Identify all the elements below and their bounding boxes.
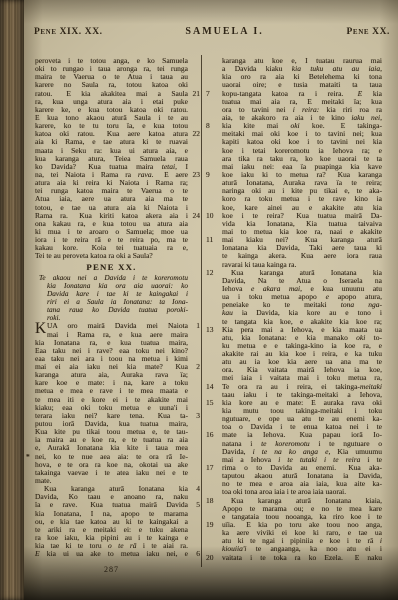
verse-number: 13 xyxy=(206,326,214,334)
verse-number: 2 xyxy=(196,363,200,371)
running-head-left: Pene XIX. XX. xyxy=(34,27,103,37)
book-page: Pene XIX. XX. SAMUELA I. Pene XX. perove… xyxy=(24,0,398,600)
verse-number: 12 xyxy=(206,269,214,277)
verse-number: 4 xyxy=(196,485,200,493)
text-column-left: peroveta i te totou anga, e ko Samuelaok… xyxy=(35,57,188,558)
text-line: takainga vaevae i te atea iaku nei e te xyxy=(35,469,188,477)
text-line: Tei te au peroveta katoa ra oki a Saula? xyxy=(35,252,188,260)
verse-number: 24 xyxy=(193,212,201,220)
verse-number: 5 xyxy=(196,501,200,509)
text-line: E kia ui ua ake to metua iaku nei, e6 xyxy=(35,550,188,558)
verse-number: 18 xyxy=(206,497,214,505)
verse-number: 14 xyxy=(206,383,214,391)
verse-number: 10 xyxy=(206,212,214,220)
verse-number: 23 xyxy=(193,171,201,179)
verse-number: 21 xyxy=(193,90,201,98)
running-head-center: SAMUELA I. xyxy=(185,26,263,37)
book-photo: Pene XIX. XX. SAMUELA I. Pene XX. perove… xyxy=(0,0,398,600)
page-number: 287 xyxy=(35,565,188,574)
verse-number: 15 xyxy=(206,399,214,407)
running-head-right: Pene XX. xyxy=(347,27,390,37)
footnote-marker: * xyxy=(26,453,30,461)
column-divider-rule xyxy=(201,55,202,567)
verse-number: 16 xyxy=(206,431,214,439)
verse-number: 20 xyxy=(206,554,214,562)
verse-number: 9 xyxy=(206,171,210,179)
running-head: Pene XIX. XX. SAMUELA I. Pene XX. xyxy=(34,26,390,40)
verse-number: 17 xyxy=(206,464,214,472)
book-page-edges xyxy=(0,0,26,600)
verse-number: 19 xyxy=(206,521,214,529)
verse-number: 6 xyxy=(196,550,200,558)
text-column-right: karanga atu koe e, I tuatau raurua maia … xyxy=(222,57,382,562)
verse-number: 22 xyxy=(193,130,201,138)
verse-number: 8 xyxy=(206,122,210,130)
chapter-heading: PENE XX. xyxy=(35,261,188,274)
verse-number: 1 xyxy=(196,322,200,330)
verse-number: 3 xyxy=(196,412,200,420)
text-line: vaitata i te toka ra ko Ezela. E naku20 xyxy=(222,554,382,562)
verse-number: 11 xyxy=(206,236,213,244)
verse-number: 7 xyxy=(206,90,210,98)
